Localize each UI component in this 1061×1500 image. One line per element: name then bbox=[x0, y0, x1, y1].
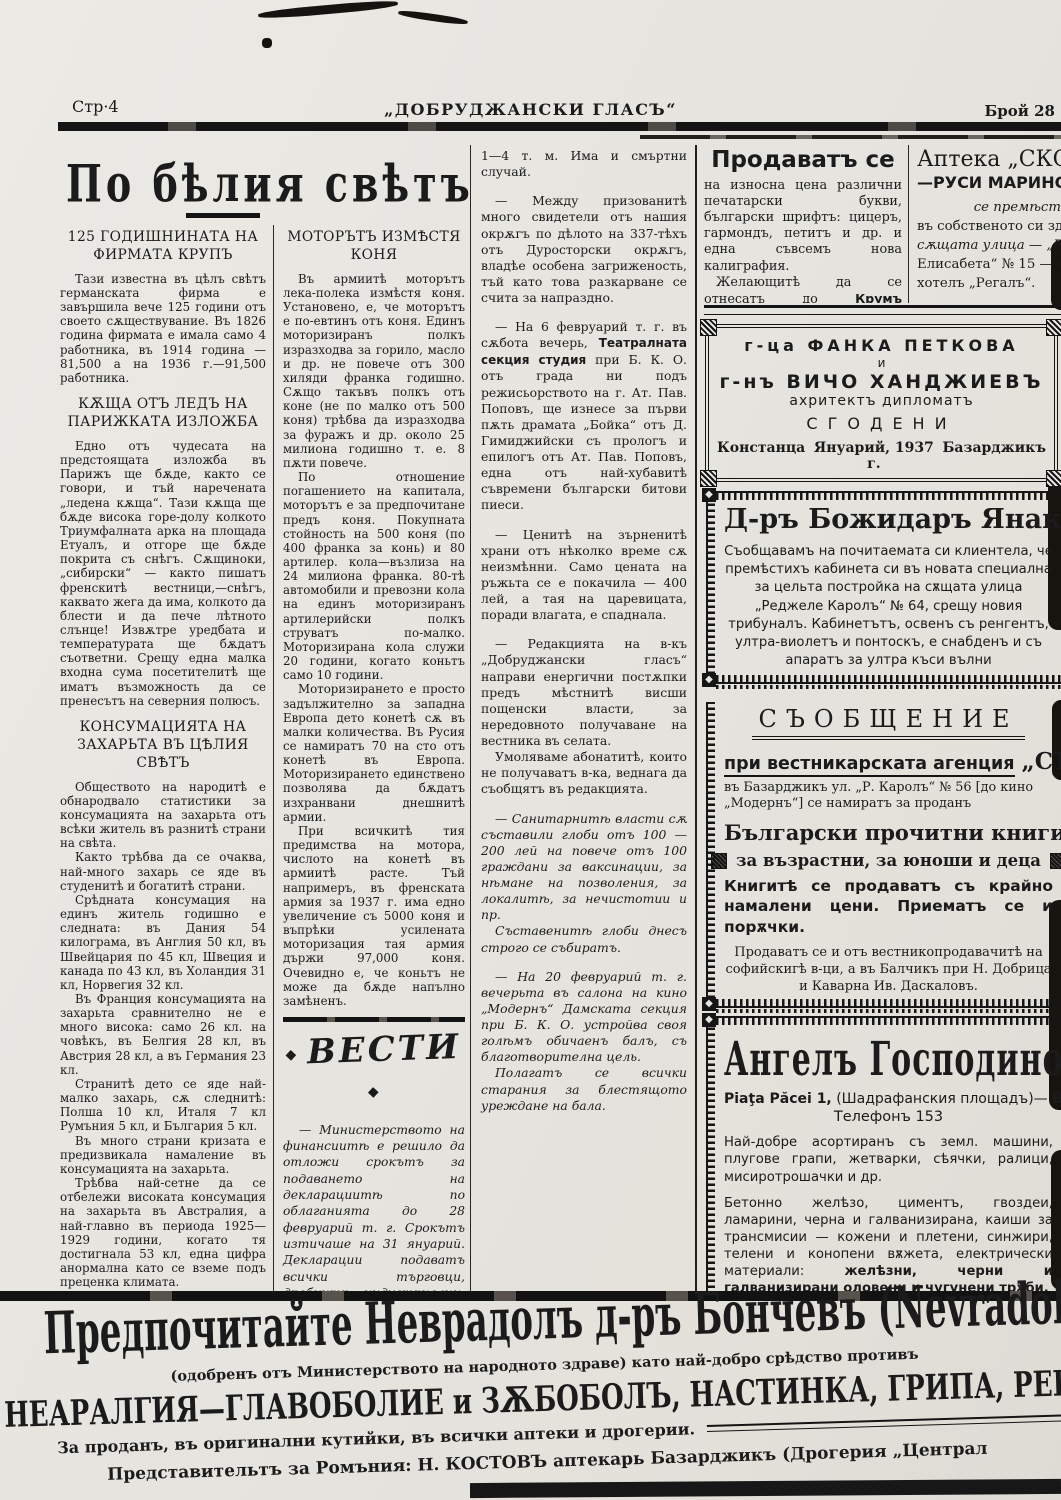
corner-ornament bbox=[1046, 319, 1061, 336]
article-paragraph: Срѣдната консумация на единъ житель годи… bbox=[60, 893, 266, 992]
meander-border-bottom bbox=[716, 675, 1061, 684]
column-4-ads: Продаватъ се на износна цена различни пе… bbox=[697, 145, 1061, 1292]
ad-body: Най-добре асортиранъ съ земл. машини, пл… bbox=[724, 1134, 1053, 1185]
news-lead: 1—4 т. м. Има и смъртни случай. bbox=[481, 148, 687, 180]
meander-border-top bbox=[716, 1016, 1061, 1025]
bottom-edge-bar bbox=[470, 1479, 1061, 1498]
article-title-motor: МОТОРЪТЪ ИЗМѢСТЯ КОНЯ bbox=[287, 229, 461, 265]
fiance-title: ахритектъ дипломатъ bbox=[717, 393, 1046, 409]
meander-border-left bbox=[706, 702, 715, 999]
news-item-text: при Б. К. О. отъ града ни подъ режисьорс… bbox=[481, 352, 687, 513]
ads-divider-rule bbox=[704, 305, 1061, 315]
ad-agency-text: при вестникарската агенция bbox=[724, 754, 1015, 777]
corner-ornament bbox=[702, 997, 716, 1011]
ad-body-line: хотелъ „Регалъ“. bbox=[917, 275, 1061, 294]
article-paragraph: Въ армиитѣ моторътъ лека-полека измѣстя … bbox=[283, 272, 465, 470]
conjunction: и bbox=[717, 356, 1046, 370]
news-item: — Между призованитѣ много свидетели отъ … bbox=[481, 193, 687, 306]
scan-artifact bbox=[262, 38, 272, 48]
scan-artifact bbox=[258, 0, 398, 20]
engagement-date: Януарий, 1937 г. bbox=[805, 440, 942, 472]
ad-product-line: Български прочитни книги bbox=[724, 820, 1053, 845]
engagement-status: СГОДЕНИ bbox=[717, 414, 1046, 433]
section-divider bbox=[283, 1017, 465, 1022]
ad-prices-line: Книгитѣ се продаватъ съ крайно намалени … bbox=[724, 876, 1053, 936]
ad-strela-announcement: СЪОБЩЕНИЕ при вестникарската агенция „СТ… bbox=[704, 692, 1061, 1009]
column-3-news: 1—4 т. м. Има и смъртни случай. — Между … bbox=[471, 145, 697, 1292]
ad-owner-name: —РУСИ МАРИНОВЪ bbox=[917, 173, 1061, 192]
engagement-places-row: Констанца Януарий, 1937 г. Базарджикъ bbox=[717, 440, 1046, 472]
news-item: — На 20 февруарий т. г. вечерьта въ сало… bbox=[481, 969, 687, 1066]
news-item: Полагатъ се всички старания за блестящот… bbox=[481, 1065, 687, 1113]
news-item: — Санитарнитѣ власти сѫ съставили глоби … bbox=[481, 811, 687, 924]
ad-body-line: се премѣст bbox=[917, 199, 1061, 218]
article-paragraph: Тази известна въ цѣлъ свѣтъ германската … bbox=[60, 272, 266, 385]
ad-agency-brand: „СТРЕЛА“ bbox=[1022, 748, 1061, 775]
ad-angel-gospodinov: Ангелъ Господиновъ Piaţa Păcei 1, (Шадра… bbox=[704, 1016, 1061, 1292]
world-columns: 125 ГОДИШНИНАТА НА ФИРМАТА КРУПЪ Тази из… bbox=[58, 225, 470, 1292]
square-ornament bbox=[1050, 853, 1061, 869]
ad-pharmacy-skopec: Аптека „СКОПЕЦЪ“ —РУСИ МАРИНОВЪ се премѣ… bbox=[909, 145, 1061, 303]
article-paragraph: Обществото на народитѣ е обнародвало ста… bbox=[60, 780, 266, 851]
ad-body: Съобщавамъ на почитаемата си клиентела, … bbox=[724, 543, 1053, 671]
vesti-item: — Министерството на финансиитѣ е решило … bbox=[283, 1122, 465, 1292]
ad-doctor-yanakev: Д-ръ Божидаръ Янакевъ Съобщавамъ на почи… bbox=[704, 491, 1061, 684]
ad-title: Аптека „СКОПЕЦЪ“ bbox=[917, 147, 1061, 172]
ad-title: Ангелъ Господиновъ bbox=[724, 1033, 1053, 1123]
newspaper-page: Стр·4 „ДОБРУДЖАНСКИ ГЛАСЪ“ Брой 28 По бѣ… bbox=[0, 0, 1061, 1500]
article-paragraph: По отношение погашението на капитала, мо… bbox=[283, 470, 465, 682]
article-paragraph: При всичкитѣ тия предимства на мотора, ч… bbox=[283, 824, 465, 1008]
place-right: Базарджикъ bbox=[942, 440, 1046, 472]
ad-nevradol: Предпочитайте Неврадолъ д-ръ Бончевъ (Ne… bbox=[0, 1275, 1061, 1500]
news-item: — Редакцията на в-къ „Добруджански гласъ… bbox=[481, 636, 687, 749]
headline-underline bbox=[186, 213, 260, 218]
ad-body-line: Елисабета“ № 15 — срещ bbox=[917, 256, 1061, 275]
meander-border-left bbox=[706, 501, 715, 674]
meander-border-top bbox=[716, 491, 1061, 500]
ad-title: СЪОБЩЕНИЕ bbox=[752, 705, 1024, 740]
scan-artifact bbox=[398, 9, 468, 26]
column-1: 125 ГОДИШНИНАТА НА ФИРМАТА КРУПЪ Тази из… bbox=[58, 225, 274, 1292]
ad-audience-line: за възрастни, за юноши и деца bbox=[724, 851, 1053, 870]
page-body: По бѣлия свѣтъ 125 ГОДИШНИНАТА НА ФИРМАТ… bbox=[58, 145, 1061, 1292]
corner-ornament bbox=[700, 470, 717, 487]
article-paragraph: Трѣбва най-сетне да се отбележи високата… bbox=[60, 1176, 266, 1289]
article-paragraph: Въ много страни кризата е предизвикала н… bbox=[60, 1134, 266, 1176]
column-2: МОТОРЪТЪ ИЗМѢСТЯ КОНЯ Въ армиитѣ моторът… bbox=[274, 225, 470, 1292]
issue-number-label: Брой 28 bbox=[984, 102, 1055, 120]
vesti-section-header: ВЕСТИ bbox=[282, 1027, 467, 1115]
news-item: — На 6 февруарий т. г. въ сѫбота вечерь,… bbox=[481, 319, 687, 513]
ad-title: Продаватъ се bbox=[704, 147, 902, 173]
news-item: Умоляваме абонатитѣ, които не получаватъ… bbox=[481, 749, 687, 797]
section-headline-wrap: По бѣлия свѣтъ bbox=[58, 145, 470, 225]
meander-border-bottom2 bbox=[716, 1009, 1061, 1013]
corner-ornament bbox=[702, 488, 716, 502]
top-ads-row: Продаватъ се на износна цена различни пе… bbox=[704, 145, 1061, 303]
ad-title: Д-ръ Божидаръ Янакевъ bbox=[724, 504, 1053, 535]
header-rule-secondary bbox=[640, 135, 1061, 139]
masthead-title: „ДОБРУДЖАНСКИ ГЛАСЪ“ bbox=[0, 100, 1061, 119]
ad-body: Желающитѣ да се отнесатъ до Крумъ Дончев… bbox=[704, 275, 902, 303]
ad-body: на износна цена различни печатарски букв… bbox=[704, 178, 902, 275]
header-rule bbox=[58, 122, 1061, 131]
article-paragraph: Едно отъ чудесата на предстоящата изложб… bbox=[60, 439, 266, 708]
ad-printing-type-sale: Продаватъ се на износна цена различни пе… bbox=[704, 145, 909, 303]
fiance-name: г-нъ ВИЧО ХАНДЖИЕВЪ bbox=[717, 371, 1046, 393]
corner-ornament bbox=[702, 673, 716, 687]
article-paragraph: Въ Франция консумацията на захарьта срав… bbox=[60, 992, 266, 1077]
ad-city-bold: Bazargic bbox=[1052, 1091, 1061, 1107]
article-title-krupp: 125 ГОДИШНИНАТА НА ФИРМАТА КРУПЪ bbox=[64, 229, 262, 265]
ad-address-line: въ Базарджикъ ул. „Р. Каролъ“ № 56 [до к… bbox=[724, 780, 1053, 814]
ad-body-line: сѫщата улица — „Режин bbox=[917, 237, 1061, 256]
meander-border-bottom bbox=[716, 999, 1061, 1008]
article-paragraph: Моторизирането е просто задължително за … bbox=[283, 682, 465, 824]
ad-body-line: въ собственото си здани bbox=[917, 218, 1061, 237]
meander-border-left bbox=[706, 1026, 715, 1292]
section-headline: По бѣлия свѣтъ bbox=[58, 145, 470, 210]
article-title-ice-house: КѪЩА ОТЪ ЛЕДЪ НА ПАРИЖКАТА ИЗЛОЖБА bbox=[64, 396, 262, 432]
fiancee-name: г-ца ФАНКА ПЕТКОВА bbox=[717, 336, 1046, 355]
ad-resellers-line: Продаватъ се и отъ вестникопродавачитѣ н… bbox=[724, 944, 1053, 995]
engagement-notice: г-ца ФАНКА ПЕТКОВА и г-нъ ВИЧО ХАНДЖИЕВЪ… bbox=[705, 324, 1058, 482]
article-title-sugar: КОНСУМАЦИЯТА НА ЗАХАРЬТА ВЪ ЦѢЛИЯ СВѢТЪ bbox=[64, 719, 262, 773]
ad-audience-text: за възрастни, за юноши и деца bbox=[736, 851, 1041, 870]
world-section: По бѣлия свѣтъ 125 ГОДИШНИНАТА НА ФИРМАТ… bbox=[58, 145, 471, 1292]
corner-ornament bbox=[1046, 470, 1061, 487]
article-paragraph: Както трѣбва да се очаква, най-много зах… bbox=[60, 850, 266, 892]
corner-ornament bbox=[702, 1013, 716, 1027]
ad-agency-line: при вестникарската агенция „СТРЕЛА“ bbox=[724, 748, 1053, 777]
news-item: — Ценитѣ на зърненитѣ храни отъ нѣколко … bbox=[481, 527, 687, 624]
place-left: Констанца bbox=[717, 440, 805, 472]
corner-ornament bbox=[700, 319, 717, 336]
news-item: Съставенитѣ глоби днесъ строго се събира… bbox=[481, 923, 687, 955]
meander-border-bottom2 bbox=[716, 685, 1061, 689]
article-paragraph: Странитѣ дето се яде най-малко захарь, с… bbox=[60, 1077, 266, 1134]
